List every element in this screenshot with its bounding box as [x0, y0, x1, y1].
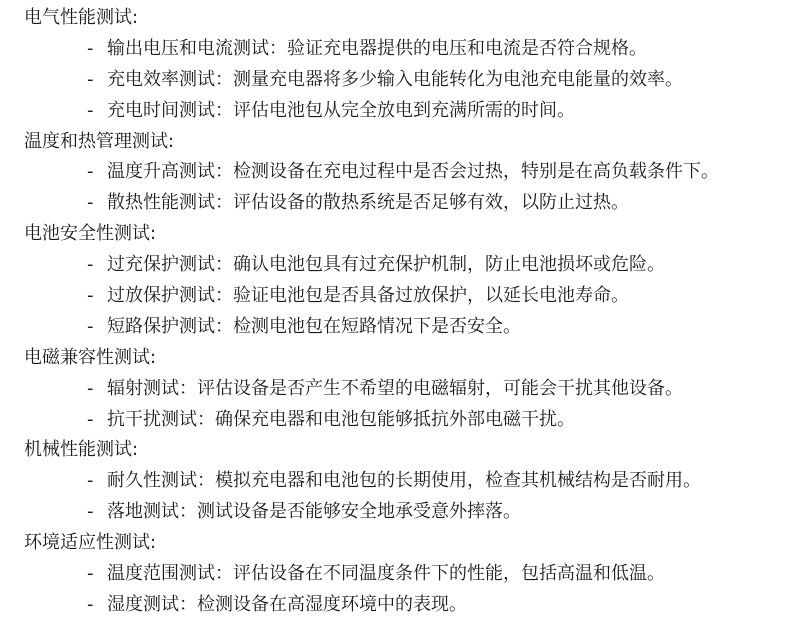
bullet-dash: - [87, 34, 94, 65]
list-item: -温度范围测试：评估设备在不同温度条件下的性能，包括高温和低温。 [0, 559, 809, 590]
list-item-text: 温度升高测试：检测设备在充电过程中是否会过热，特别是在高负载条件下。 [107, 161, 719, 182]
section-title-emc: 电磁兼容性测试: [0, 343, 809, 374]
list-item: -湿度测试：检测设备在高湿度环境中的表现。 [0, 590, 809, 621]
bullet-dash: - [87, 559, 94, 590]
list-item-text: 过放保护测试：验证电池包是否具备过放保护，以延长电池寿命。 [107, 285, 629, 306]
test-list-document: 电气性能测试: -输出电压和电流测试：验证充电器提供的电压和电流是否符合规格。 … [0, 3, 809, 621]
list-item-text: 湿度测试：检测设备在高湿度环境中的表现。 [107, 594, 467, 615]
list-item-text: 充电时间测试：评估电池包从完全放电到充满所需的时间。 [107, 100, 575, 121]
list-item-text: 充电效率测试：测量充电器将多少输入电能转化为电池充电能量的效率。 [107, 69, 683, 90]
bullet-dash: - [87, 466, 94, 497]
bullet-dash: - [87, 188, 94, 219]
list-item: -抗干扰测试：确保充电器和电池包能够抵抗外部电磁干扰。 [0, 405, 809, 436]
list-item: -散热性能测试：评估设备的散热系统是否足够有效，以防止过热。 [0, 188, 809, 219]
section-title-mechanical: 机械性能测试: [0, 435, 809, 466]
list-item-text: 过充保护测试：确认电池包具有过充保护机制，防止电池损坏或危险。 [107, 254, 665, 275]
bullet-dash: - [87, 590, 94, 621]
list-item: -短路保护测试：检测电池包在短路情况下是否安全。 [0, 312, 809, 343]
list-item: -温度升高测试：检测设备在充电过程中是否会过热，特别是在高负载条件下。 [0, 157, 809, 188]
list-item: -输出电压和电流测试：验证充电器提供的电压和电流是否符合规格。 [0, 34, 809, 65]
list-item: -充电效率测试：测量充电器将多少输入电能转化为电池充电能量的效率。 [0, 65, 809, 96]
list-item-text: 短路保护测试：检测电池包在短路情况下是否安全。 [107, 316, 521, 337]
list-item: -辐射测试：评估设备是否产生不希望的电磁辐射，可能会干扰其他设备。 [0, 374, 809, 405]
list-item-text: 辐射测试：评估设备是否产生不希望的电磁辐射，可能会干扰其他设备。 [107, 378, 683, 399]
list-item-text: 落地测试：测试设备是否能够安全地承受意外摔落。 [107, 501, 521, 522]
bullet-dash: - [87, 281, 94, 312]
section-title-battery-safety: 电池安全性测试: [0, 219, 809, 250]
list-item-text: 输出电压和电流测试：验证充电器提供的电压和电流是否符合规格。 [107, 38, 647, 59]
list-item: -充电时间测试：评估电池包从完全放电到充满所需的时间。 [0, 96, 809, 127]
list-item-text: 散热性能测试：评估设备的散热系统是否足够有效，以防止过热。 [107, 192, 629, 213]
list-item: -落地测试：测试设备是否能够安全地承受意外摔落。 [0, 497, 809, 528]
bullet-dash: - [87, 65, 94, 96]
list-item-text: 温度范围测试：评估设备在不同温度条件下的性能，包括高温和低温。 [107, 563, 665, 584]
bullet-dash: - [87, 405, 94, 436]
section-title-thermal: 温度和热管理测试: [0, 127, 809, 158]
section-title-environmental: 环境适应性测试: [0, 528, 809, 559]
list-item: -过放保护测试：验证电池包是否具备过放保护，以延长电池寿命。 [0, 281, 809, 312]
list-item: -耐久性测试：模拟充电器和电池包的长期使用，检查其机械结构是否耐用。 [0, 466, 809, 497]
bullet-dash: - [87, 497, 94, 528]
bullet-dash: - [87, 312, 94, 343]
bullet-dash: - [87, 157, 94, 188]
list-item: -过充保护测试：确认电池包具有过充保护机制，防止电池损坏或危险。 [0, 250, 809, 281]
bullet-dash: - [87, 374, 94, 405]
section-title-electrical: 电气性能测试: [0, 3, 809, 34]
list-item-text: 抗干扰测试：确保充电器和电池包能够抵抗外部电磁干扰。 [107, 409, 575, 430]
bullet-dash: - [87, 96, 94, 127]
bullet-dash: - [87, 250, 94, 281]
list-item-text: 耐久性测试：模拟充电器和电池包的长期使用，检查其机械结构是否耐用。 [107, 470, 701, 491]
